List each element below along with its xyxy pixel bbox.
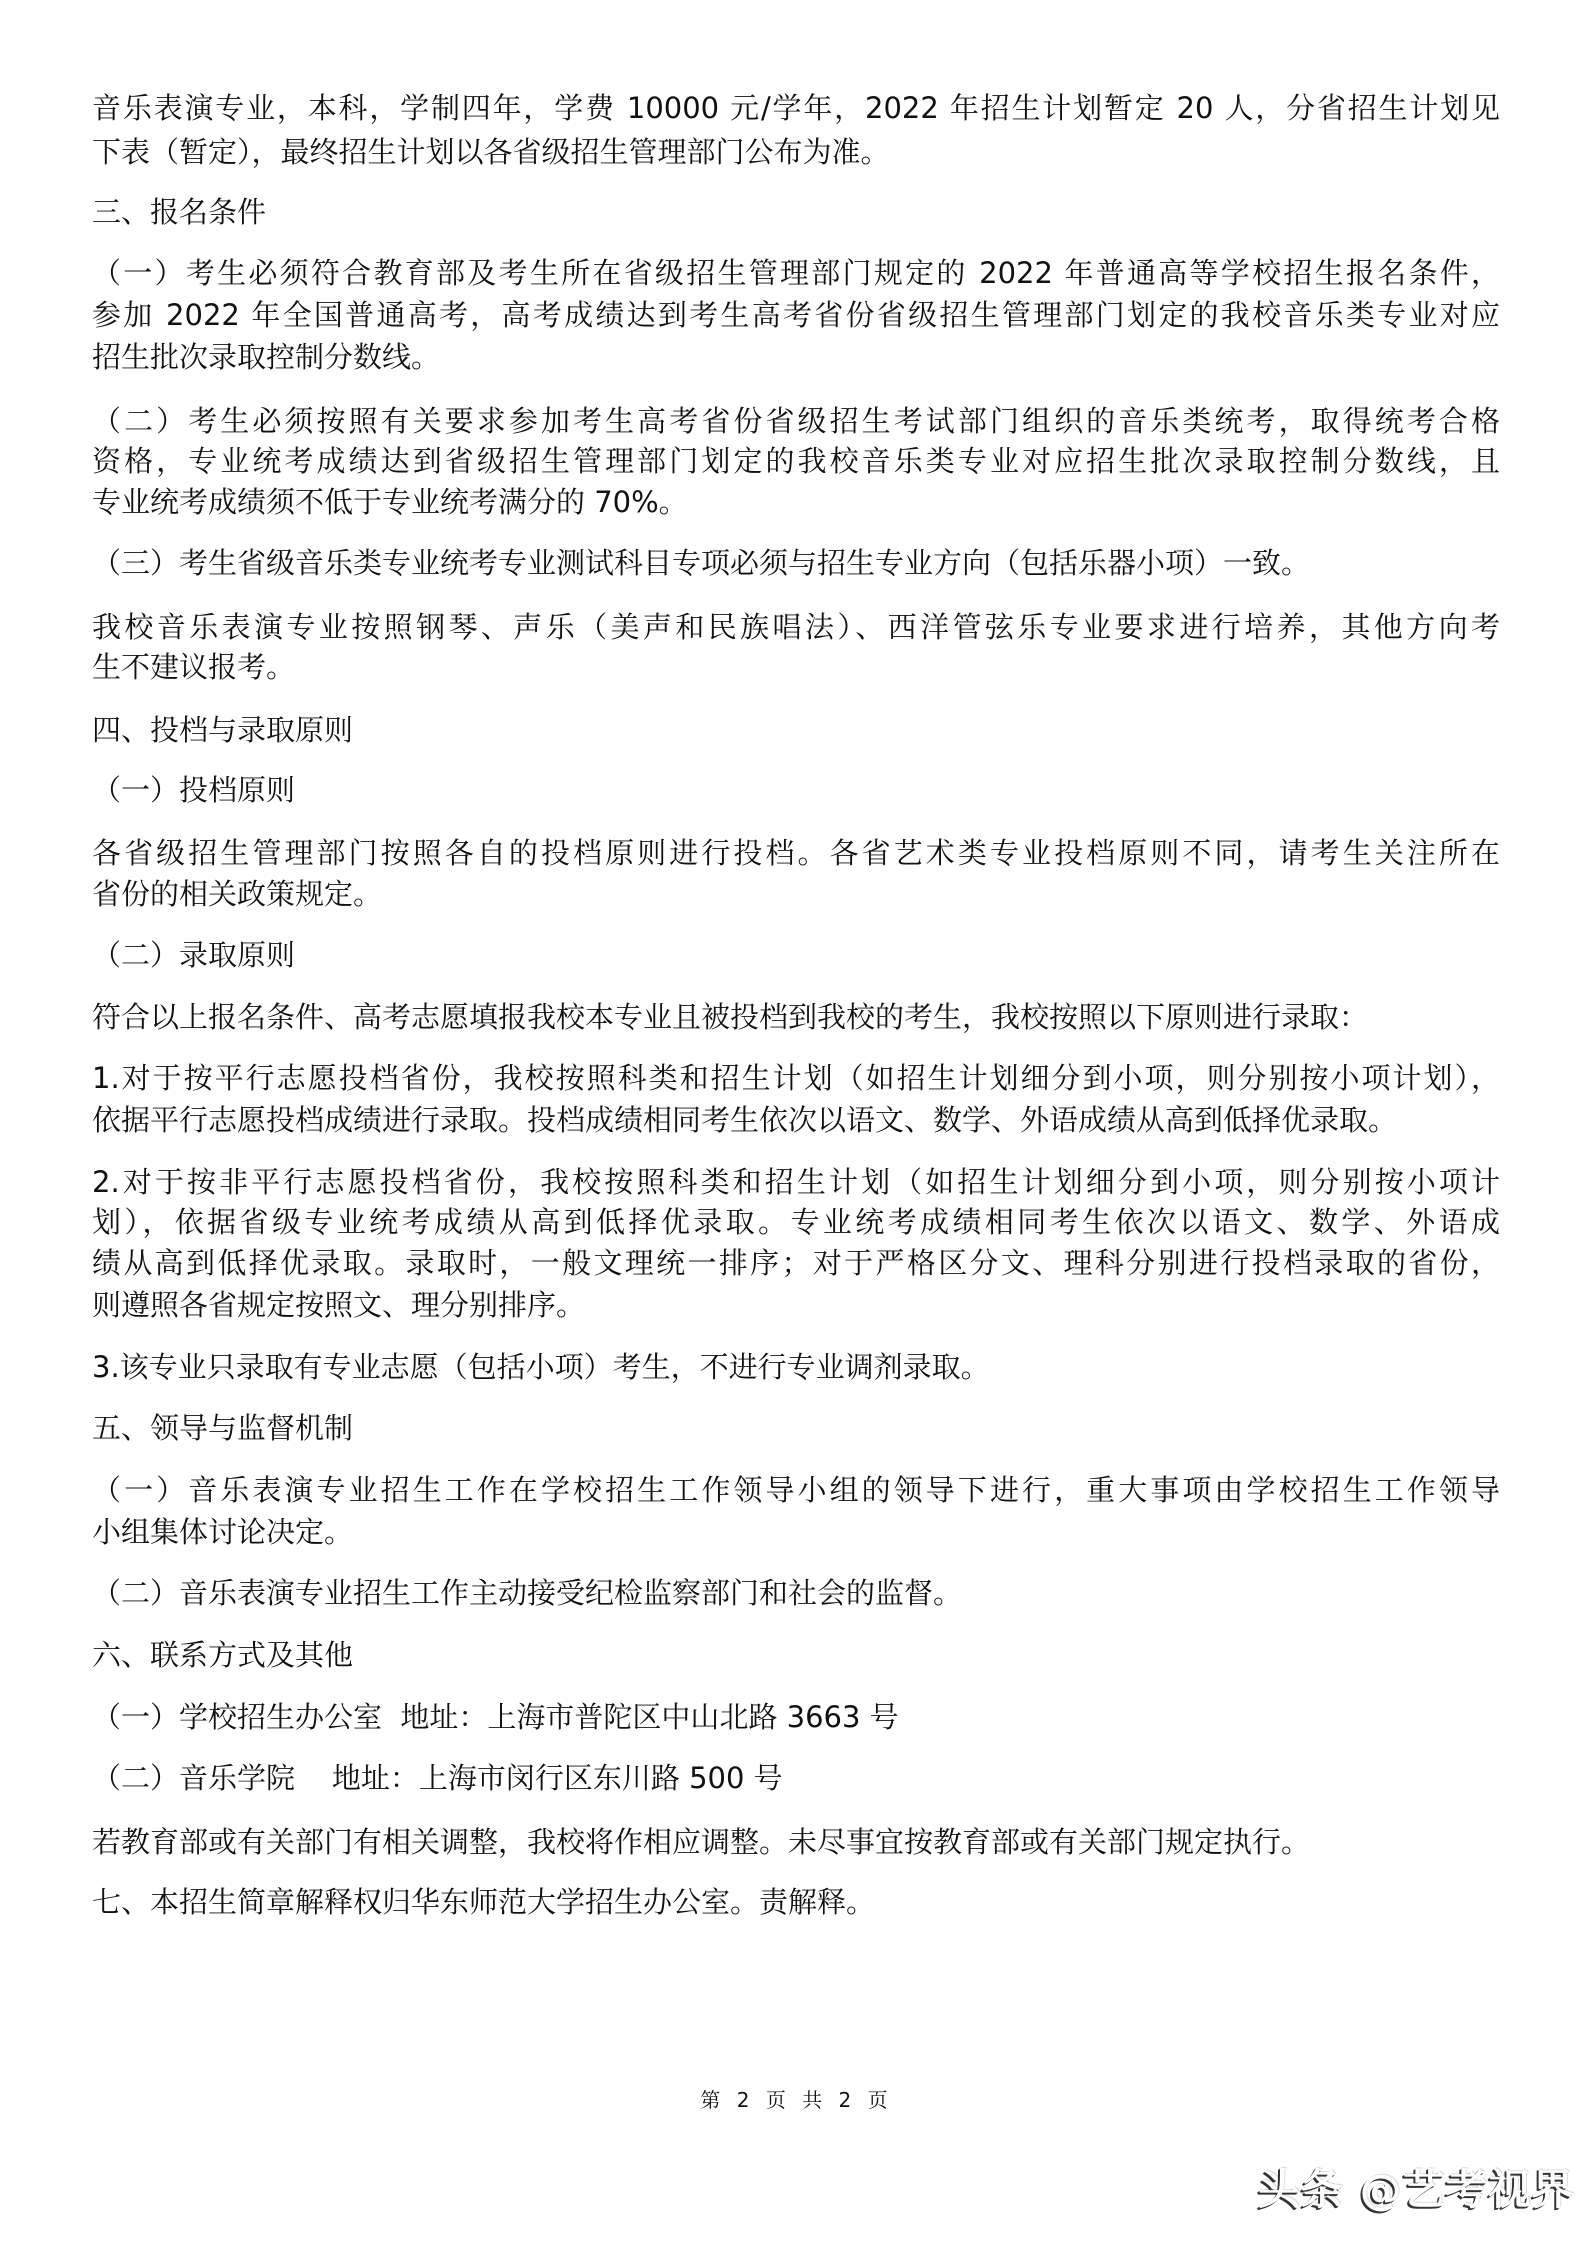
section-heading-5: 五、领导与监督机制: [92, 1408, 1500, 1448]
text-line: （三）考生省级音乐类专业统考专业测试科目专项必须与招生专业方向（包括乐器小项）一…: [92, 543, 1500, 583]
text-line: 划），依据省级专业统考成绩从高到低择优录取。专业统考成绩相同考生依次以语文、数学…: [92, 1202, 1500, 1242]
text-line: （一）考生必须符合教育部及考生所在省级招生管理部门规定的 2022 年普通高等学…: [92, 253, 1500, 293]
page-number-footer: 第 2 页 共 2 页: [700, 2086, 890, 2114]
contact-music-school: （二）音乐学院 地址：上海市闵行区东川路 500 号: [92, 1758, 1500, 1798]
text-line: 绩从高到低择优录取。录取时，一般文理统一排序；对于严格区分文、理科分别进行投档录…: [92, 1243, 1500, 1283]
source-watermark: 头条 @艺考视界: [1258, 2164, 1575, 2216]
text-line: （一）音乐表演专业招生工作在学校招生工作领导小组的领导下进行，重大事项由学校招生…: [92, 1470, 1500, 1510]
text-line: 我校音乐表演专业按照钢琴、声乐（美声和民族唱法）、西洋管弦乐专业要求进行培养，其…: [92, 607, 1500, 647]
section-heading-4: 四、投档与录取原则: [92, 710, 1500, 750]
text-line: 省份的相关政策规定。: [92, 874, 1500, 914]
text-line: 下表（暂定），最终招生计划以各省级招生管理部门公布为准。: [92, 132, 1500, 172]
section-heading-7: 七、本招生简章解释权归华东师范大学招生办公室。责解释。: [92, 1882, 1500, 1922]
text-line: 若教育部或有关部门有相关调整，我校将作相应调整。未尽事宜按教育部或有关部门规定执…: [92, 1822, 1500, 1862]
text-line: （二）考生必须按照有关要求参加考生高考省份省级招生考试部门组织的音乐类统考，取得…: [92, 401, 1500, 441]
text-line: 3.该专业只录取有专业志愿（包括小项）考生，不进行专业调剂录取。: [92, 1347, 1500, 1387]
text-line: 2.对于按非平行志愿投档省份，我校按照科类和招生计划（如招生计划细分到小项，则分…: [92, 1162, 1500, 1202]
subheading: （二）录取原则: [92, 935, 1500, 975]
text-line: 资格，专业统考成绩达到省级招生管理部门划定的我校音乐类专业对应招生批次录取控制分…: [92, 441, 1500, 481]
text-line: 专业统考成绩须不低于专业统考满分的 70%。: [92, 482, 1500, 522]
document-page: 音乐表演专业，本科，学制四年，学费 10000 元/学年，2022 年招生计划暂…: [0, 0, 1587, 2245]
text-line: 音乐表演专业，本科，学制四年，学费 10000 元/学年，2022 年招生计划暂…: [92, 88, 1500, 128]
subheading: （一）投档原则: [92, 770, 1500, 810]
contact-admissions-office: （一）学校招生办公室 地址：上海市普陀区中山北路 3663 号: [92, 1697, 1500, 1737]
text-line: 则遵照各省规定按照文、理分别排序。: [92, 1285, 1500, 1325]
text-line: 小组集体讨论决定。: [92, 1512, 1500, 1552]
section-heading-6: 六、联系方式及其他: [92, 1635, 1500, 1675]
text-line: （二）音乐表演专业招生工作主动接受纪检监察部门和社会的监督。: [92, 1573, 1500, 1613]
section-heading-3: 三、报名条件: [92, 192, 1500, 232]
text-line: 符合以上报名条件、高考志愿填报我校本专业且被投档到我校的考生，我校按照以下原则进…: [92, 997, 1500, 1037]
text-line: 各省级招生管理部门按照各自的投档原则进行投档。各省艺术类专业投档原则不同，请考生…: [92, 833, 1500, 873]
text-line: 依据平行志愿投档成绩进行录取。投档成绩相同考生依次以语文、数学、外语成绩从高到低…: [92, 1100, 1500, 1140]
text-line: 生不建议报考。: [92, 647, 1500, 687]
text-line: 1.对于按平行志愿投档省份，我校按照科类和招生计划（如招生计划细分到小项，则分别…: [92, 1058, 1500, 1098]
text-line: 招生批次录取控制分数线。: [92, 337, 1500, 377]
text-line: 参加 2022 年全国普通高考，高考成绩达到考生高考省份省级招生管理部门划定的我…: [92, 295, 1500, 335]
